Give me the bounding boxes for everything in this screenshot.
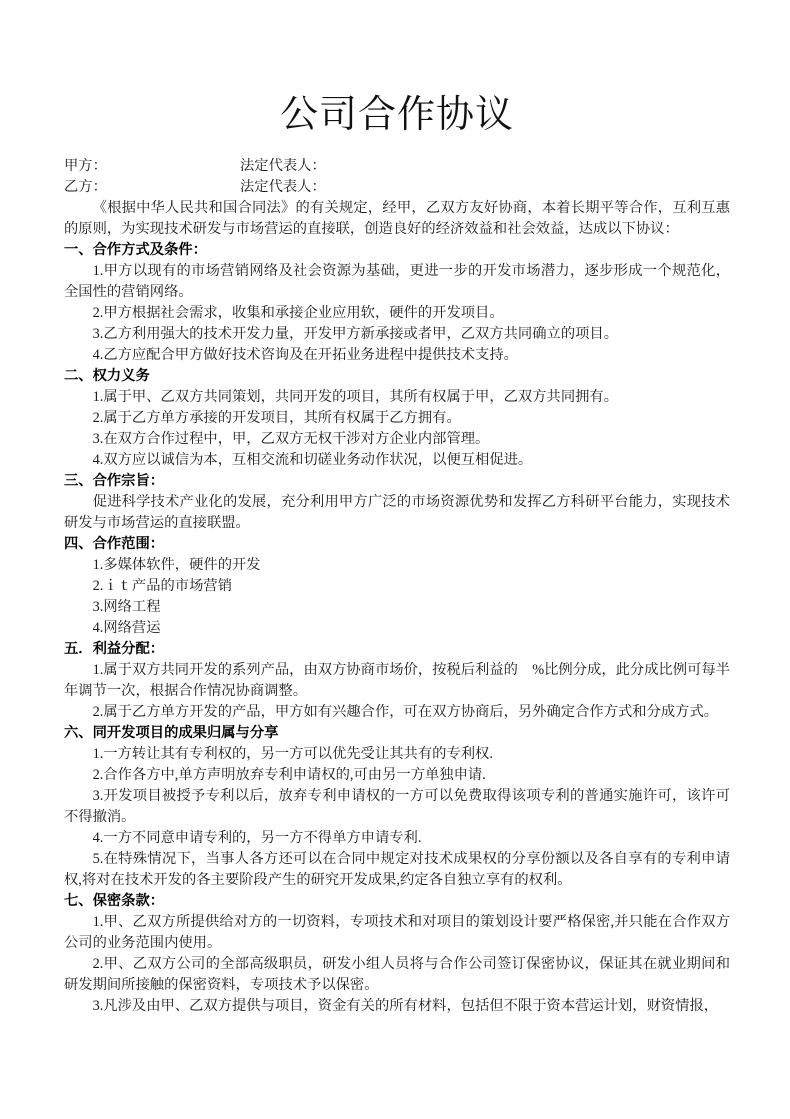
section-heading-3: 三、合作宗旨： bbox=[64, 471, 730, 492]
clause-paragraph: 1.一方转让其有专利权的，另一方可以优先受让其共有的专利权. bbox=[64, 744, 730, 765]
clause-paragraph: 3.凡涉及由甲、乙双方提供与项目，资金有关的所有材料，包括但不限于资本营运计划，… bbox=[64, 996, 730, 1017]
clause-paragraph: 3.在双方合作过程中，甲，乙双方无权干涉对方企业内部管理。 bbox=[64, 429, 730, 450]
clause-paragraph: 2.甲、乙双方公司的全部高级职员，研发小组人员将与合作公司签订保密协议，保证其在… bbox=[64, 954, 730, 996]
clause-paragraph: 4.双方应以诚信为本，互相交流和切磋业务动作状况，以便互相促进。 bbox=[64, 450, 730, 471]
clause-paragraph: 1.属于甲、乙双方共同策划，共同开发的项目，其所有权属于甲，乙双方共同拥有。 bbox=[64, 387, 730, 408]
section-heading-4: 四、合作范围： bbox=[64, 534, 730, 555]
clause-paragraph: 3.开发项目被授予专利以后，放弃专利申请权的一方可以免费取得该项专利的普通实施许… bbox=[64, 786, 730, 828]
clause-paragraph: 2.ｉｔ产品的市场营销 bbox=[64, 576, 730, 597]
party-a-label: 甲方： bbox=[64, 156, 240, 177]
clause-paragraph: 2.合作各方中,单方声明放弃专利申请权的,可由另一方单独申请. bbox=[64, 765, 730, 786]
section-heading-6: 六、同开发项目的成果归属与分享 bbox=[64, 723, 730, 744]
clause-paragraph: 4.乙方应配合甲方做好技术咨询及在开拓业务进程中提供技术支持。 bbox=[64, 345, 730, 366]
clause-paragraph: 2.甲方根据社会需求，收集和承接企业应用软，硬件的开发项目。 bbox=[64, 303, 730, 324]
section-heading-1: 一、合作方式及条件： bbox=[64, 240, 730, 261]
party-row-jiafang: 甲方：法定代表人： bbox=[64, 156, 730, 177]
section-heading-2: 二、权力义务 bbox=[64, 366, 730, 387]
clause-paragraph: 4.一方不同意申请专利的，另一方不得单方申请专利. bbox=[64, 828, 730, 849]
section-heading-7: 七、保密条款： bbox=[64, 891, 730, 912]
clause-paragraph: 1.多媒体软件，硬件的开发 bbox=[64, 555, 730, 576]
clause-paragraph: 促进科学技术产业化的发展，充分利用甲方广泛的市场资源优势和发挥乙方科研平台能力，… bbox=[64, 492, 730, 534]
clause-paragraph: 5.在特殊情况下，当事人各方还可以在合同中规定对技术成果权的分享份额以及各自享有… bbox=[64, 849, 730, 891]
intro-paragraph: 《根据中华人民共和国合同法》的有关规定，经甲，乙双方友好协商，本着长期平等合作，… bbox=[64, 198, 730, 240]
clause-paragraph: 1.甲方以现有的市场营销网络及社会资源为基础，更进一步的开发市场潜力，逐步形成一… bbox=[64, 261, 730, 303]
party-a-representative-label: 法定代表人： bbox=[240, 156, 326, 177]
clause-paragraph: 1.属于双方共同开发的系列产品，由双方协商市场价，按税后利益的 %比例分成，此分… bbox=[64, 660, 730, 702]
party-b-representative-label: 法定代表人： bbox=[240, 177, 326, 198]
clause-paragraph: 2.属于乙方单方开发的产品，甲方如有兴趣合作，可在双方协商后，另外确定合作方式和… bbox=[64, 702, 730, 723]
party-b-label: 乙方： bbox=[64, 177, 240, 198]
section-heading-5: 五．利益分配： bbox=[64, 639, 730, 660]
clause-paragraph: 3.乙方利用强大的技术开发力量，开发甲方新承接或者甲，乙双方共同确立的项目。 bbox=[64, 324, 730, 345]
party-row-yifang: 乙方：法定代表人： bbox=[64, 177, 730, 198]
document-page: 公司合作协议 甲方：法定代表人： 乙方：法定代表人： 《根据中华人民共和国合同法… bbox=[0, 0, 790, 1119]
clause-paragraph: 3.网络工程 bbox=[64, 597, 730, 618]
clause-paragraph: 4.网络营运 bbox=[64, 618, 730, 639]
document-title: 公司合作协议 bbox=[64, 92, 730, 138]
clause-paragraph: 1.甲、乙双方所提供给对方的一切资料，专项技术和对项目的策划设计要严格保密,并只… bbox=[64, 912, 730, 954]
clause-paragraph: 2.属于乙方单方承接的开发项目，其所有权属于乙方拥有。 bbox=[64, 408, 730, 429]
